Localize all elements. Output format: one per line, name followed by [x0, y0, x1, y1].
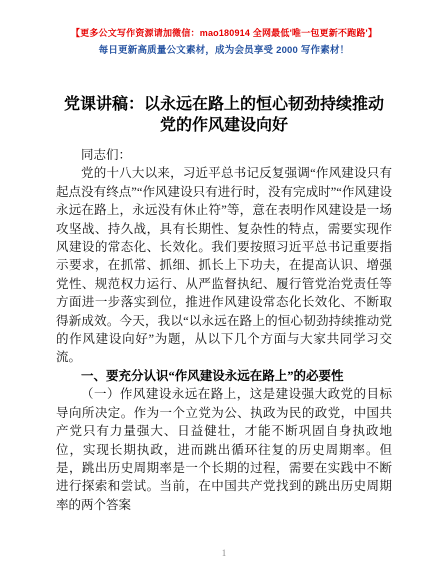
document-page: 【更多公文写作资源请加微信：mao180914 全网最低'唯一包更新不跑路'】 … [0, 0, 448, 580]
paragraph-introduction: 党的十八大以来，习近平总书记反复强调“作风建设只有起点没有终点”“作风建设只有进… [56, 164, 392, 366]
document-body: 同志们： 党的十八大以来，习近平总书记反复强调“作风建设只有起点没有终点”“作风… [56, 146, 392, 514]
watermark-line-red: 【更多公文写作资源请加微信：mao180914 全网最低'唯一包更新不跑路'】 [0, 26, 448, 39]
document-header: 【更多公文写作资源请加微信：mao180914 全网最低'唯一包更新不跑路'】 … [0, 26, 448, 56]
page-number: 1 [0, 548, 448, 558]
paragraph-point-1: （一）作风建设永远在路上，这是建设强大政党的目标导向所决定。作为一个立党为公、执… [56, 385, 392, 514]
title-line-2: 党的作风建设向好 [40, 115, 408, 136]
document-title: 党课讲稿：以永远在路上的恒心韧劲持续推动 党的作风建设向好 [40, 94, 408, 136]
section-heading-1: 一、要充分认识“作风建设永远在路上”的必要性 [56, 367, 392, 385]
title-line-1: 党课讲稿：以永远在路上的恒心韧劲持续推动 [40, 94, 408, 115]
watermark-line-blue: 每日更新高质量公文素材，成为会员享受 2000 写作素材！ [0, 42, 448, 56]
salutation: 同志们： [56, 146, 392, 164]
